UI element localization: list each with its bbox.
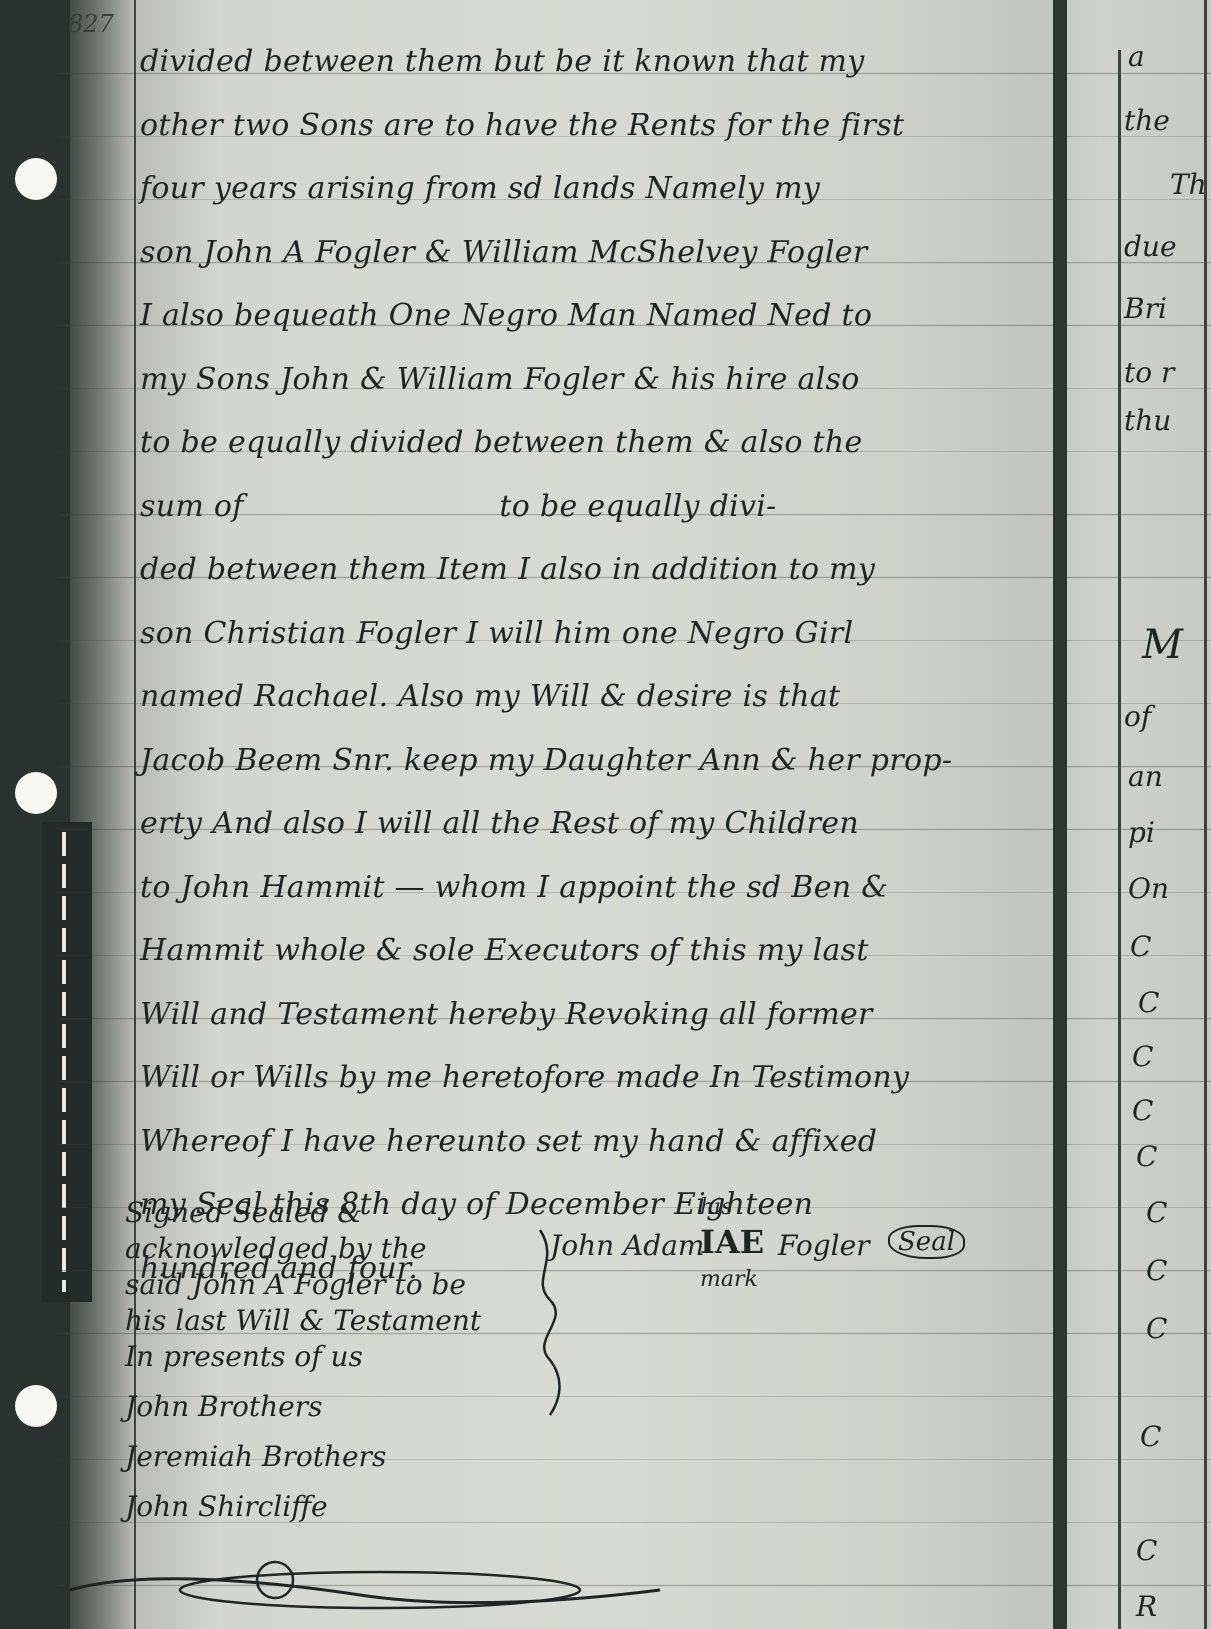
margin-fragment: On bbox=[1128, 872, 1169, 905]
testator-mark: his John Adam IAE Fogler Seal mark bbox=[560, 1205, 1000, 1325]
body-line: sum of to be equally divi- bbox=[140, 475, 1020, 539]
margin-fragment: C bbox=[1132, 1094, 1153, 1127]
margin-fragment: C bbox=[1146, 1254, 1167, 1287]
body-line: other two Sons are to have the Rents for… bbox=[140, 94, 1020, 158]
body-line: four years arising from sd lands Namely … bbox=[140, 157, 1020, 221]
margin-fragment: R bbox=[1136, 1590, 1157, 1623]
margin-fragment: Th bbox=[1170, 168, 1207, 201]
margin-fragment: pi bbox=[1128, 816, 1155, 849]
seal-mark: Seal bbox=[888, 1225, 965, 1259]
page-edge-rule bbox=[1204, 0, 1207, 1629]
margin-fragment: an bbox=[1128, 760, 1163, 793]
body-line: son Christian Fogler I will him one Negr… bbox=[140, 602, 1020, 666]
document-page: 827 divided between them but be it known… bbox=[0, 0, 1211, 1629]
margin-fragment: C bbox=[1130, 930, 1151, 963]
flourish-decoration bbox=[60, 1560, 680, 1620]
punch-hole bbox=[15, 158, 57, 200]
body-line: Whereof I have hereunto set my hand & af… bbox=[140, 1110, 1020, 1174]
margin-fragment: thu bbox=[1124, 404, 1171, 437]
column-rule-heavy bbox=[1053, 0, 1067, 1629]
body-line: Jacob Beem Snr. keep my Daughter Ann & h… bbox=[140, 729, 1020, 793]
margin-fragment: C bbox=[1136, 1534, 1157, 1567]
body-line: erty And also I will all the Rest of my … bbox=[140, 792, 1020, 856]
punch-hole bbox=[15, 772, 57, 814]
margin-fragment: the bbox=[1124, 104, 1170, 137]
body-line: to John Hammit — whom I appoint the sd B… bbox=[140, 856, 1020, 920]
margin-fragment: C bbox=[1146, 1312, 1167, 1345]
margin-fragment: of bbox=[1124, 700, 1151, 733]
body-line: my Sons John & William Fogler & his hire… bbox=[140, 348, 1020, 412]
margin-fragment: C bbox=[1146, 1196, 1167, 1229]
body-line: Will or Wills by me heretofore made In T… bbox=[140, 1046, 1020, 1110]
body-line: Will and Testament hereby Revoking all f… bbox=[140, 983, 1020, 1047]
body-line: I also bequeath One Negro Man Named Ned … bbox=[140, 284, 1020, 348]
punch-hole bbox=[15, 1385, 57, 1427]
adjacent-page-fragments: a the Th due Bri to r thu M of an pi On … bbox=[1122, 0, 1204, 1629]
margin-fragment: M bbox=[1142, 622, 1183, 668]
brace-decoration bbox=[520, 1220, 600, 1420]
margin-fragment: C bbox=[1138, 986, 1159, 1019]
body-line: son John A Fogler & William McShelvey Fo… bbox=[140, 221, 1020, 285]
body-line: named Rachael. Also my Will & desire is … bbox=[140, 665, 1020, 729]
mark-label: mark bbox=[700, 1267, 758, 1292]
margin-fragment: C bbox=[1132, 1040, 1153, 1073]
will-body: divided between them but be it known tha… bbox=[140, 30, 1020, 1300]
column-rule-thin bbox=[1118, 50, 1121, 1629]
margin-fragment: Bri bbox=[1124, 292, 1167, 325]
body-line: ded between them Item I also in addition… bbox=[140, 538, 1020, 602]
margin-fragment: C bbox=[1140, 1420, 1161, 1453]
testator-initials: IAE bbox=[700, 1223, 764, 1261]
page-number: 827 bbox=[68, 10, 114, 38]
mark-his-label: his bbox=[700, 1195, 733, 1220]
witness-signature: Jeremiah Brothers bbox=[125, 1439, 1025, 1475]
margin-fragment: to r bbox=[1124, 356, 1174, 389]
testator-surname: Fogler bbox=[778, 1229, 870, 1262]
margin-fragment: C bbox=[1136, 1140, 1157, 1173]
body-line: Hammit whole & sole Executors of this my… bbox=[140, 919, 1020, 983]
margin-fragment: due bbox=[1124, 230, 1177, 263]
body-line: to be equally divided between them & als… bbox=[140, 411, 1020, 475]
witness-signature: John Shircliffe bbox=[125, 1489, 1025, 1525]
margin-fragment: a bbox=[1128, 40, 1145, 73]
body-line: divided between them but be it known tha… bbox=[140, 30, 1020, 94]
